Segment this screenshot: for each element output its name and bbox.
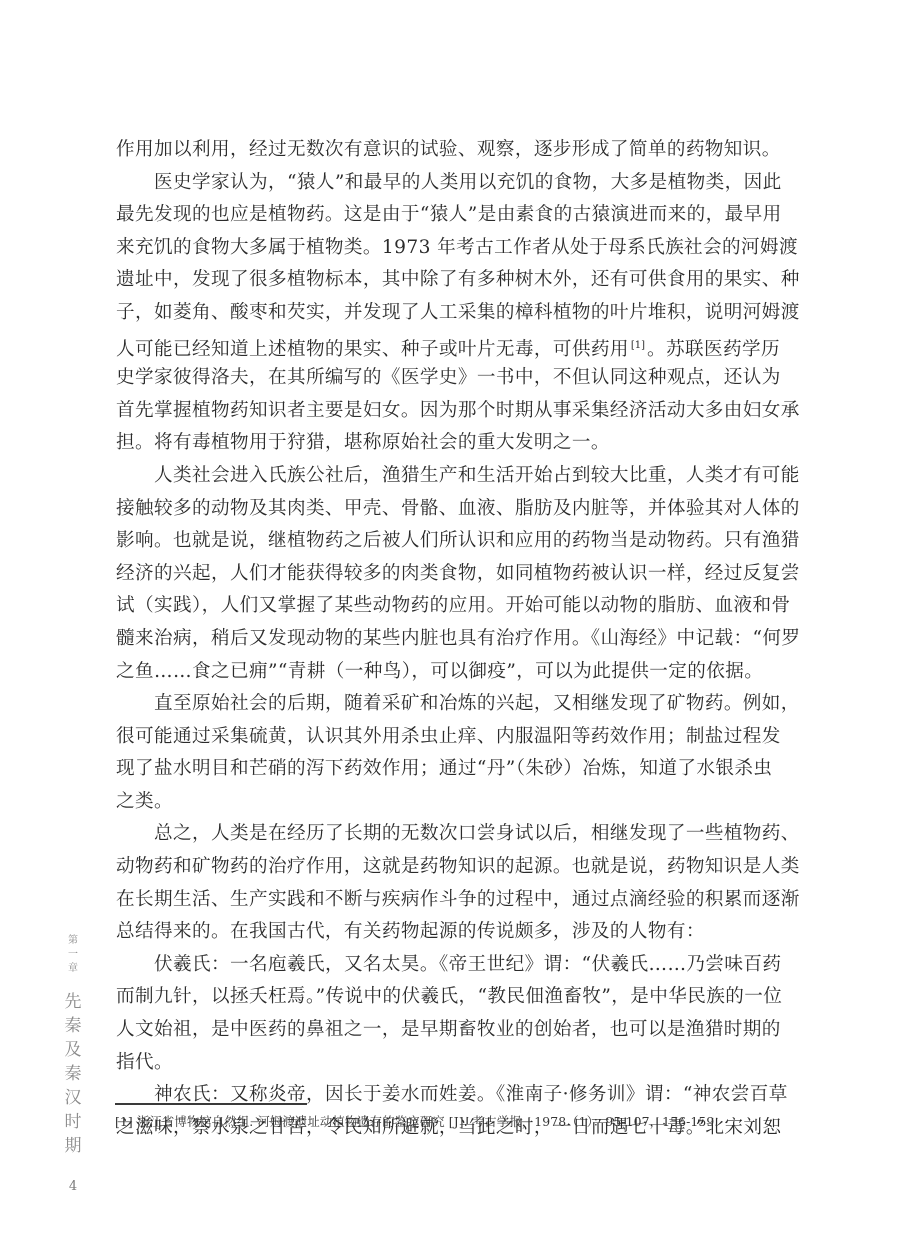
text-line: 人类社会进入氏族公社后，渔猎生产和生活开始占到较大比重，人类才有可能	[116, 460, 756, 493]
text-line: 现了盐水明目和芒硝的泻下药效作用；通过“丹”（朱砂）冶炼，知道了水银杀虫	[116, 753, 756, 786]
text-segment: 。苏联医药学历	[647, 339, 780, 360]
text-line: 而制九针，以拯夭枉焉。”传说中的伏羲氏，“教民佃渔畜牧”，是中华民族的一位	[116, 981, 756, 1014]
text-line: 子，如菱角、酸枣和芡实，并发现了人工采集的樟科植物的叶片堆积，说明河姆渡	[116, 297, 756, 330]
text-line: 来充饥的食物大多属于植物类。1973 年考古工作者从处于母系氏族社会的河姆渡	[116, 232, 756, 265]
text-line: 之鱼……食之已痈”“青耕（一种鸟），可以御疫”，可以为此提供一定的依据。	[116, 656, 756, 689]
chapter-title-char: 秦	[62, 1062, 84, 1086]
chapter-label-char: 章	[62, 962, 84, 976]
text-line: 总之，人类是在经历了长期的无数次口尝身试以后，相继发现了一些植物药、	[116, 818, 756, 851]
chapter-title-char: 期	[62, 1134, 84, 1158]
text-line: 经济的兴起，人们才能获得较多的肉类食物，如同植物药被认识一样，经过反复尝	[116, 558, 756, 591]
text-line: 动物药和矿物药的治疗作用，这就是药物知识的起源。也就是说，药物知识是人类	[116, 851, 756, 884]
chapter-label-char: 一	[62, 948, 84, 962]
text-segment: 人可能已经知道上述植物的果实、种子或叶片无毒，可供药用	[116, 339, 629, 360]
chapter-title-char: 时	[62, 1110, 84, 1134]
text-line: 史学家彼得洛夫，在其所编写的《医学史》一书中，不但认同这种观点，还认为	[116, 362, 756, 395]
running-header-vertical: 第 一 章 先 秦 及 秦 汉 时 期	[62, 934, 84, 1158]
chapter-title-char: 先	[62, 990, 84, 1014]
text-line: 医史学家认为，“猿人”和最早的人类用以充饥的食物，大多是植物类，因此	[116, 167, 756, 200]
page-number: 4	[67, 1179, 79, 1194]
text-line: 最先发现的也应是植物药。这是由于“猿人”是由素食的古猿演进而来的，最早用	[116, 199, 756, 232]
body-text: 作用加以利用，经过无数次有意识的试验、观察，逐步形成了简单的药物知识。 医史学家…	[116, 134, 756, 1144]
footnote: [1] 浙江省博物馆自然组. 河姆渡遗址动植物遗存的鉴定研究 [J]. 考古学报…	[115, 1112, 718, 1132]
text-line-with-reference: 人可能已经知道上述植物的果实、种子或叶片无毒，可供药用[1]。苏联医药学历	[116, 330, 756, 363]
text-line: 之类。	[116, 786, 756, 819]
text-line: 很可能通过采集硫黄，认识其外用杀虫止痒、内服温阳等药效作用；制盐过程发	[116, 721, 756, 754]
footnote-reference[interactable]: [1]	[631, 340, 645, 351]
text-line: 担。将有毒植物用于狩猎，堪称原始社会的重大发明之一。	[116, 427, 756, 460]
footnote-divider	[115, 1103, 307, 1105]
text-line: 试（实践），人们又掌握了某些动物药的应用。开始可能以动物的脂肪、血液和骨	[116, 590, 756, 623]
text-line: 髓来治病，稍后又发现动物的某些内脏也具有治疗作用。《山海经》中记载：“何罗	[116, 623, 756, 656]
text-line: 影响。也就是说，继植物药之后被人们所认识和应用的药物当是动物药。只有渔猎	[116, 525, 756, 558]
text-line: 伏羲氏：一名庖羲氏，又名太昊。《帝王世纪》谓：“伏羲氏……乃尝味百药	[116, 949, 756, 982]
chapter-title-char: 秦	[62, 1014, 84, 1038]
text-line: 遗址中，发现了很多植物标本，其中除了有多种树木外，还有可供食用的果实、种	[116, 264, 756, 297]
text-line: 总结得来的。在我国古代，有关药物起源的传说颇多，涉及的人物有：	[116, 916, 756, 949]
text-line: 人文始祖，是中医药的鼻祖之一，是早期畜牧业的创始者，也可以是渔猎时期的	[116, 1014, 756, 1047]
text-line: 神农氏：又称炎帝，因长于姜水而姓姜。《淮南子·修务训》谓：“神农尝百草	[116, 1079, 756, 1112]
text-line: 在长期生活、生产实践和不断与疾病作斗争的过程中，通过点滴经验的积累而逐渐	[116, 884, 756, 917]
chapter-label-char: 第	[62, 934, 84, 948]
text-line: 直至原始社会的后期，随着采矿和冶炼的兴起，又相继发现了矿物药。例如，	[116, 688, 756, 721]
book-page: 作用加以利用，经过无数次有意识的试验、观察，逐步形成了简单的药物知识。 医史学家…	[0, 0, 900, 1245]
text-line: 首先掌握植物药知识者主要是妇女。因为那个时期从事采集经济活动大多由妇女承	[116, 395, 756, 428]
chapter-title-char: 及	[62, 1038, 84, 1062]
text-line: 接触较多的动物及其肉类、甲壳、骨骼、血液、脂肪及内脏等，并体验其对人体的	[116, 493, 756, 526]
text-line: 指代。	[116, 1047, 756, 1080]
chapter-title-char: 汉	[62, 1086, 84, 1110]
text-line: 作用加以利用，经过无数次有意识的试验、观察，逐步形成了简单的药物知识。	[116, 134, 756, 167]
